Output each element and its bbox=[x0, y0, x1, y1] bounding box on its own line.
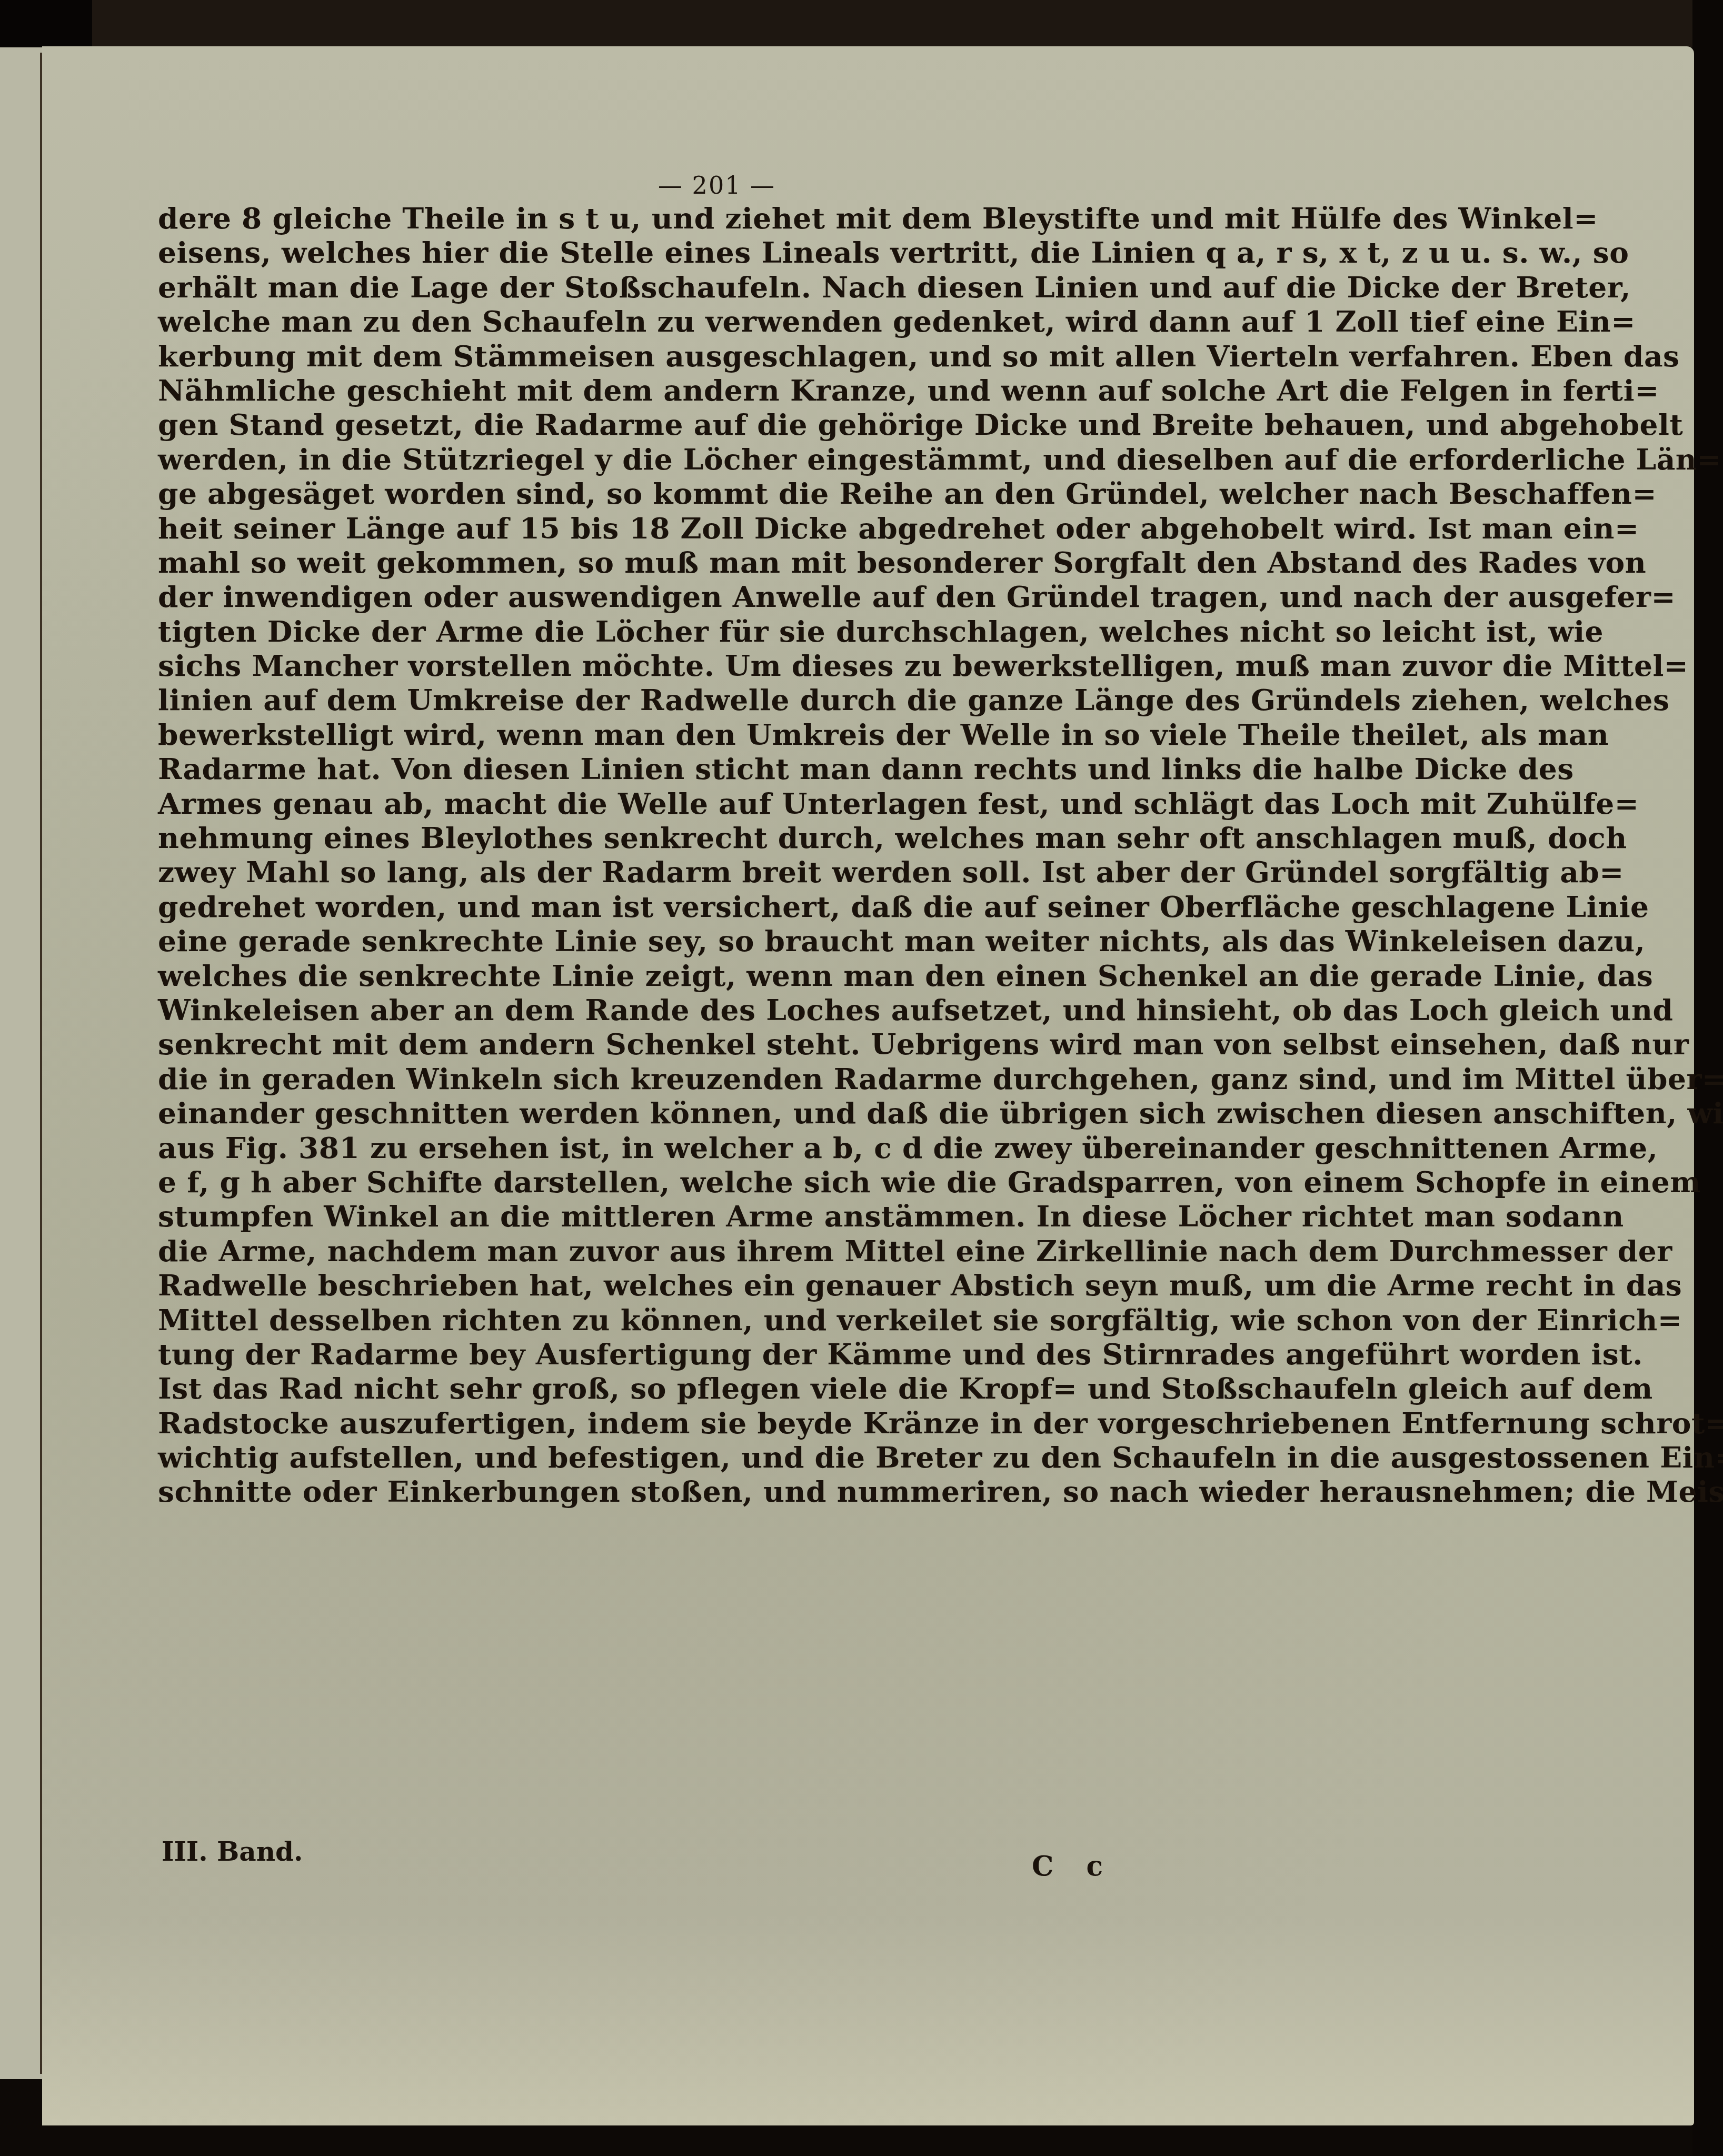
volume-mark: III. Band. bbox=[162, 1836, 303, 1867]
text-line: Radstocke auszufertigen, indem sie beyde… bbox=[158, 1406, 1363, 1440]
text-line: Radwelle beschrieben hat, welches ein ge… bbox=[158, 1268, 1363, 1302]
previous-page-edge bbox=[0, 47, 42, 2079]
text-line: Radarme hat. Von diesen Linien sticht ma… bbox=[158, 752, 1363, 786]
text-line: werden, in die Stützriegel y die Löcher … bbox=[158, 442, 1363, 476]
text-line: einander geschnitten werden können, und … bbox=[158, 1096, 1363, 1130]
text-line: wichtig aufstellen, und befestigen, und … bbox=[158, 1440, 1363, 1474]
text-line: tigten Dicke der Arme die Löcher für sie… bbox=[158, 614, 1363, 648]
text-line: tung der Radarme bey Ausfertigung der Kä… bbox=[158, 1337, 1363, 1371]
text-line: eisens, welches hier die Stelle eines Li… bbox=[158, 235, 1363, 269]
text-line: linien auf dem Umkreise der Radwelle dur… bbox=[158, 683, 1363, 717]
text-line: welche man zu den Schaufeln zu verwenden… bbox=[158, 304, 1363, 338]
text-line: nehmung eines Bleylothes senkrecht durch… bbox=[158, 821, 1363, 855]
text-line: senkrecht mit dem andern Schenkel steht.… bbox=[158, 1027, 1363, 1061]
text-line: Winkeleisen aber an dem Rande des Loches… bbox=[158, 993, 1363, 1027]
text-line: Nähmliche geschieht mit dem andern Kranz… bbox=[158, 373, 1363, 407]
text-line: Armes genau ab, macht die Welle auf Unte… bbox=[158, 786, 1363, 821]
text-line: mahl so weit gekommen, so muß man mit be… bbox=[158, 545, 1363, 580]
text-line: schnitte oder Einkerbungen stoßen, und n… bbox=[158, 1474, 1363, 1509]
body-text: dere 8 gleiche Theile in s t u, und zieh… bbox=[158, 201, 1363, 1509]
text-line: bewerkstelligt wird, wenn man den Umkrei… bbox=[158, 717, 1363, 752]
text-line: die in geraden Winkeln sich kreuzenden R… bbox=[158, 1062, 1363, 1096]
text-line: ge abgesäget worden sind, so kommt die R… bbox=[158, 476, 1363, 511]
text-line: dere 8 gleiche Theile in s t u, und zieh… bbox=[158, 201, 1363, 235]
text-line: erhält man die Lage der Stoßschaufeln. N… bbox=[158, 270, 1363, 304]
signature-mark: C c bbox=[1032, 1850, 1114, 1882]
text-line: e f, g h aber Schifte darstellen, welche… bbox=[158, 1165, 1363, 1199]
text-line: sichs Mancher vorstellen möchte. Um dies… bbox=[158, 648, 1363, 683]
text-line: welches die senkrechte Linie zeigt, wenn… bbox=[158, 959, 1363, 993]
text-line: die Arme, nachdem man zuvor aus ihrem Mi… bbox=[158, 1234, 1363, 1268]
text-line: Mittel desselben richten zu können, und … bbox=[158, 1303, 1363, 1337]
page-number: — 201 — bbox=[658, 171, 775, 199]
text-line: aus Fig. 381 zu ersehen ist, in welcher … bbox=[158, 1131, 1363, 1165]
text-line: gen Stand gesetzt, die Radarme auf die g… bbox=[158, 407, 1363, 442]
text-line: kerbung mit dem Stämmeisen ausgeschlagen… bbox=[158, 339, 1363, 373]
text-line: eine gerade senkrechte Linie sey, so bra… bbox=[158, 924, 1363, 958]
text-line: Ist das Rad nicht sehr groß, so pflegen … bbox=[158, 1371, 1363, 1405]
text-line: der inwendigen oder auswendigen Anwelle … bbox=[158, 580, 1363, 614]
text-line: heit seiner Länge auf 15 bis 18 Zoll Dic… bbox=[158, 511, 1363, 545]
text-line: gedrehet worden, und man ist versichert,… bbox=[158, 890, 1363, 924]
scan-background-top bbox=[0, 0, 1723, 47]
text-line: stumpfen Winkel an die mittleren Arme an… bbox=[158, 1199, 1363, 1233]
scan-background-corner bbox=[0, 0, 92, 53]
text-line: zwey Mahl so lang, als der Radarm breit … bbox=[158, 855, 1363, 889]
